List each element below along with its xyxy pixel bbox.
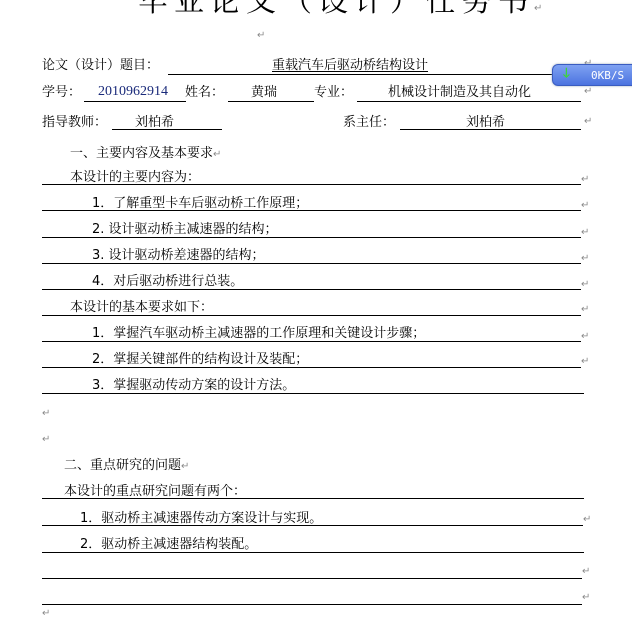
rule-line: [42, 498, 584, 499]
paragraph-mark: ↵: [581, 279, 589, 290]
rule-line: [42, 578, 582, 579]
rule-line: [42, 341, 581, 342]
document-title: 毕业论文（设计）任务书↵: [138, 0, 548, 29]
rule-line: [42, 184, 581, 185]
topic-value: 重载汽车后驱动桥结构设计: [272, 58, 428, 74]
requirement-item: 3．掌握驱动传动方案的设计方法。: [92, 378, 295, 394]
rule-line: [42, 263, 581, 264]
paragraph-mark: ↵: [582, 592, 590, 603]
paragraph-mark: ↵: [534, 3, 548, 14]
topic-label: 论文（设计）题目：: [42, 58, 159, 74]
paragraph-mark: ↵: [42, 408, 50, 419]
requirement-item: 2．掌握关键部件的结构设计及装配；: [92, 352, 308, 368]
paragraph-mark: ↵: [582, 566, 590, 577]
paragraph-mark: ↵: [181, 461, 189, 472]
paragraph-mark: ↵: [581, 174, 589, 185]
content-item: 4．对后驱动桥进行总装。: [92, 274, 243, 290]
rule-line: [42, 525, 583, 526]
paragraph-mark: ↵: [583, 514, 591, 525]
name-value: 黄瑞: [251, 85, 277, 101]
name-underline: [228, 101, 314, 102]
rule-line: [42, 604, 582, 605]
paragraph-mark: ↵: [581, 227, 589, 238]
download-rate: 0KB/S: [591, 69, 624, 82]
document-page: 毕业论文（设计）任务书↵ ↵ 论文（设计）题目： 重载汽车后驱动桥结构设计 ↵ …: [0, 0, 632, 618]
advisor-label: 指导教师：: [42, 115, 107, 131]
paragraph-mark: ↵: [584, 116, 592, 127]
paragraph-mark: ↵: [213, 149, 221, 160]
rule-line: [42, 237, 581, 238]
rule-line: [42, 393, 584, 394]
content-item: 3. 设计驱动桥差速器的结构；: [92, 248, 265, 264]
dept-head-label: 系主任：: [343, 115, 395, 131]
paragraph-mark: ↵: [584, 86, 592, 97]
paragraph-mark: ↵: [42, 608, 50, 618]
paragraph-mark: ↵: [581, 253, 589, 264]
paragraph-mark: ↵: [581, 304, 589, 315]
student-id-value: 2010962914: [98, 84, 168, 100]
topic-underline: [168, 74, 582, 75]
dept-head-underline: [400, 129, 581, 130]
rule-line: [42, 552, 584, 553]
arrow-down-icon: 🡓: [563, 64, 581, 86]
content-item: 2. 设计驱动桥主减速器的结构；: [92, 222, 278, 238]
rule-line: [42, 210, 581, 211]
paragraph-mark: ↵: [581, 200, 589, 211]
section1-heading: 一、主要内容及基本要求↵: [70, 146, 221, 163]
section2-heading: 二、重点研究的问题↵: [64, 458, 189, 475]
paragraph-mark: ↵: [42, 434, 50, 445]
paragraph-mark: ↵: [581, 356, 589, 367]
rule-line: [42, 367, 581, 368]
major-label: 专业：: [314, 85, 353, 101]
name-label: 姓名：: [185, 85, 224, 101]
requirement-item: 1．掌握汽车驱动桥主减速器的工作原理和关键设计步骤；: [92, 326, 425, 342]
student-id-label: 学号：: [42, 85, 81, 101]
download-speed-badge[interactable]: 🡓 0KB/S: [552, 64, 632, 86]
student-id-underline: [84, 101, 186, 102]
requirements-intro: 本设计的基本要求如下：: [70, 300, 213, 316]
advisor-underline: [112, 129, 222, 130]
major-value: 机械设计制造及其自动化: [388, 85, 531, 101]
paragraph-mark: ↵: [257, 30, 265, 41]
rule-line: [42, 315, 581, 316]
rule-line: [42, 289, 581, 290]
focus-item: 2．驱动桥主减速器结构装配。: [80, 537, 257, 553]
major-underline: [357, 101, 581, 102]
paragraph-mark: ↵: [581, 331, 589, 342]
